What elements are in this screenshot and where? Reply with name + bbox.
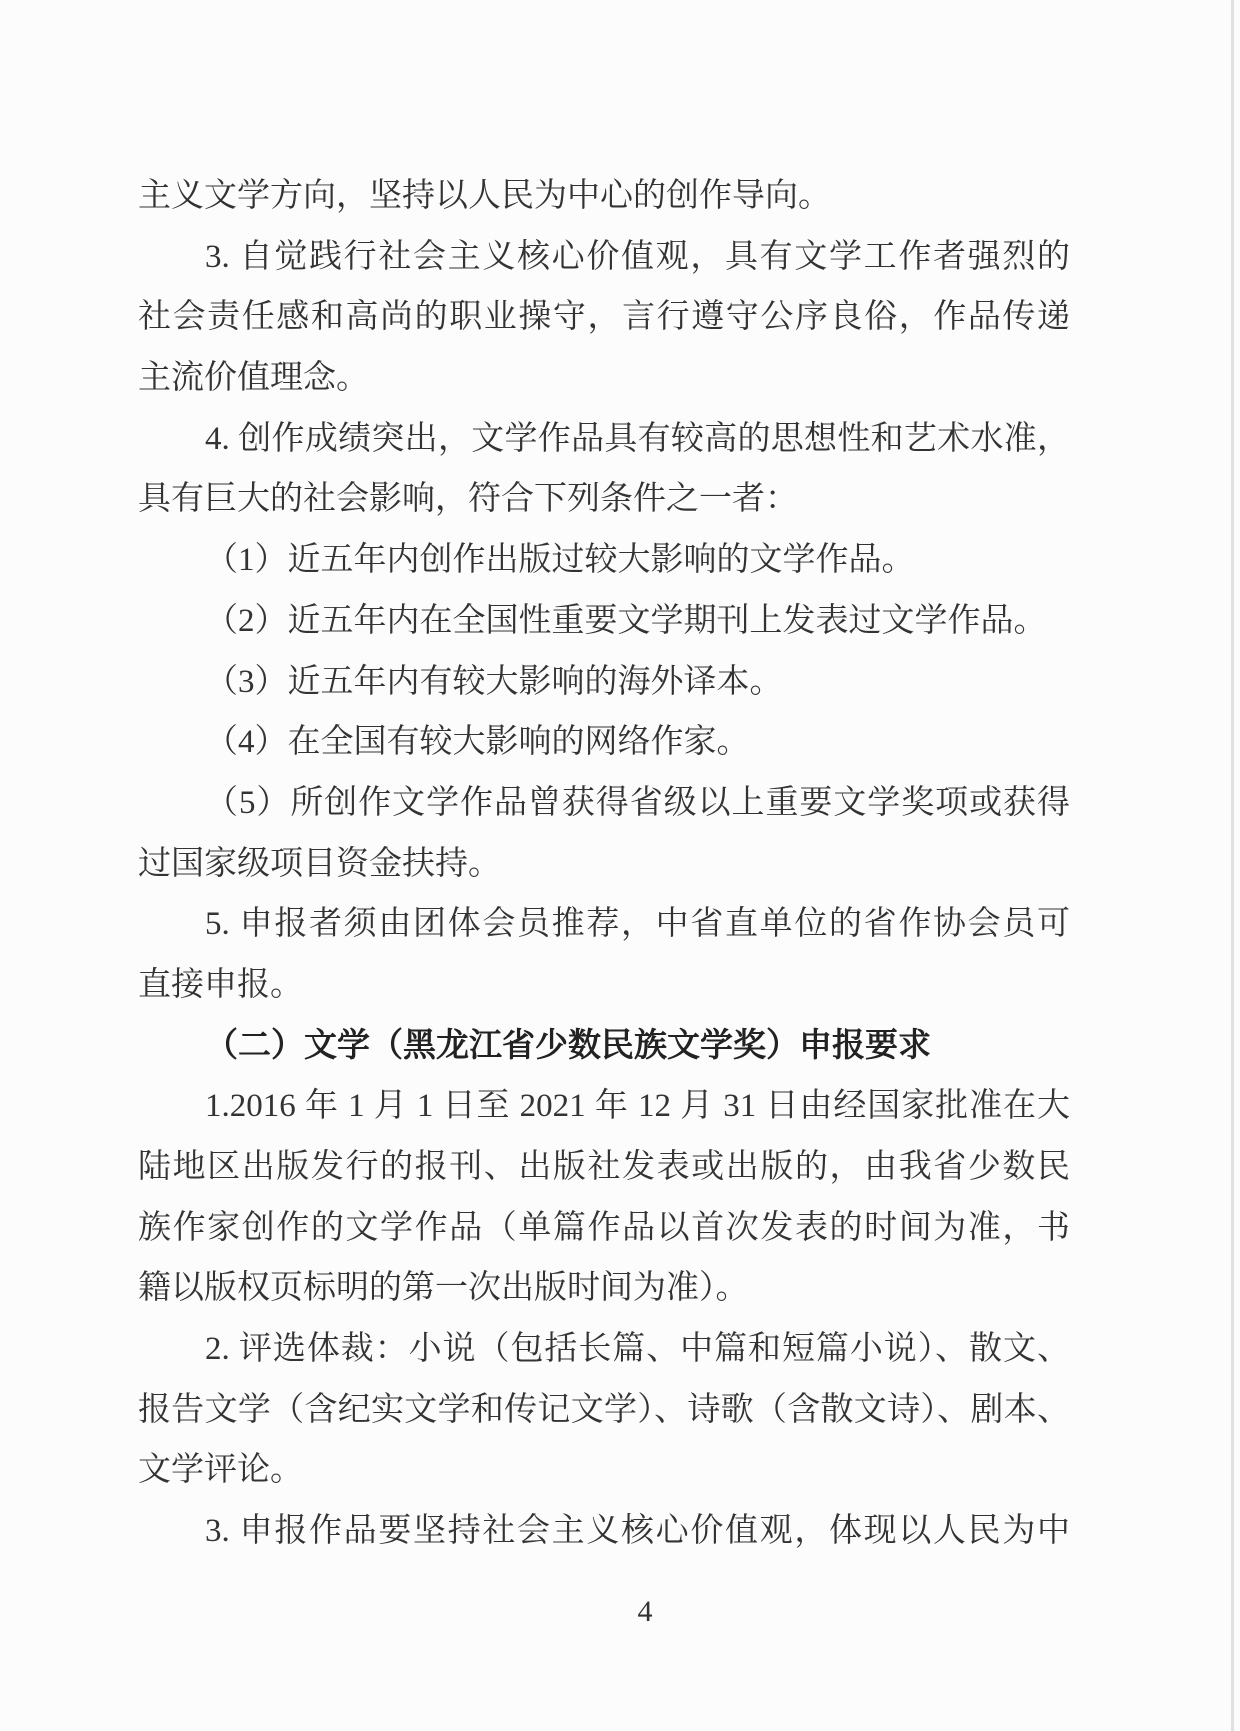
text-line: （5）所创作文学作品曾获得省级以上重要文学奖项或获得	[138, 773, 1070, 834]
document-page: 主义文学方向，坚持以人民为中心的创作导向。3. 自觉践行社会主义核心价值观，具有…	[0, 0, 1240, 1731]
text-line: 族作家创作的文学作品（单篇作品以首次发表的时间为准，书	[138, 1198, 1070, 1259]
text-line: 2. 评选体裁：小说（包括长篇、中篇和短篇小说）、散文、	[138, 1319, 1070, 1380]
text-line: （2）近五年内在全国性重要文学期刊上发表过文学作品。	[138, 591, 1070, 652]
text-line: 4. 创作成绩突出，文学作品具有较高的思想性和艺术水准，	[138, 409, 1070, 470]
scan-right-edge-line	[1231, 0, 1234, 1731]
text-line: 主义文学方向，坚持以人民为中心的创作导向。	[138, 166, 1070, 227]
text-line: 1.2016 年 1 月 1 日至 2021 年 12 月 31 日由经国家批准…	[138, 1076, 1070, 1137]
text-line: 报告文学（含纪实文学和传记文学）、诗歌（含散文诗）、剧本、	[138, 1380, 1070, 1441]
text-line: 3. 自觉践行社会主义核心价值观，具有文学工作者强烈的	[138, 227, 1070, 288]
text-line: 3. 申报作品要坚持社会主义核心价值观，体现以人民为中	[138, 1501, 1070, 1562]
page-number: 4	[0, 1592, 1240, 1632]
text-line: 5. 申报者须由团体会员推荐，中省直单位的省作协会员可	[138, 894, 1070, 955]
text-line: （1）近五年内创作出版过较大影响的文学作品。	[138, 530, 1070, 591]
text-line: 籍以版权页标明的第一次出版时间为准）。	[138, 1258, 1070, 1319]
text-line: 陆地区出版发行的报刊、出版社发表或出版的，由我省少数民	[138, 1137, 1070, 1198]
text-line: （3）近五年内有较大影响的海外译本。	[138, 652, 1070, 713]
text-line: 社会责任感和高尚的职业操守，言行遵守公序良俗，作品传递	[138, 287, 1070, 348]
text-line: 过国家级项目资金扶持。	[138, 834, 1070, 895]
section-heading: （二）文学（黑龙江省少数民族文学奖）申报要求	[138, 1016, 1070, 1077]
text-line: 文学评论。	[138, 1440, 1070, 1501]
text-line: 主流价值理念。	[138, 348, 1070, 409]
text-line: （4）在全国有较大影响的网络作家。	[138, 712, 1070, 773]
text-line: 直接申报。	[138, 955, 1070, 1016]
document-body: 主义文学方向，坚持以人民为中心的创作导向。3. 自觉践行社会主义核心价值观，具有…	[138, 166, 1070, 1562]
text-line: 具有巨大的社会影响，符合下列条件之一者：	[138, 469, 1070, 530]
